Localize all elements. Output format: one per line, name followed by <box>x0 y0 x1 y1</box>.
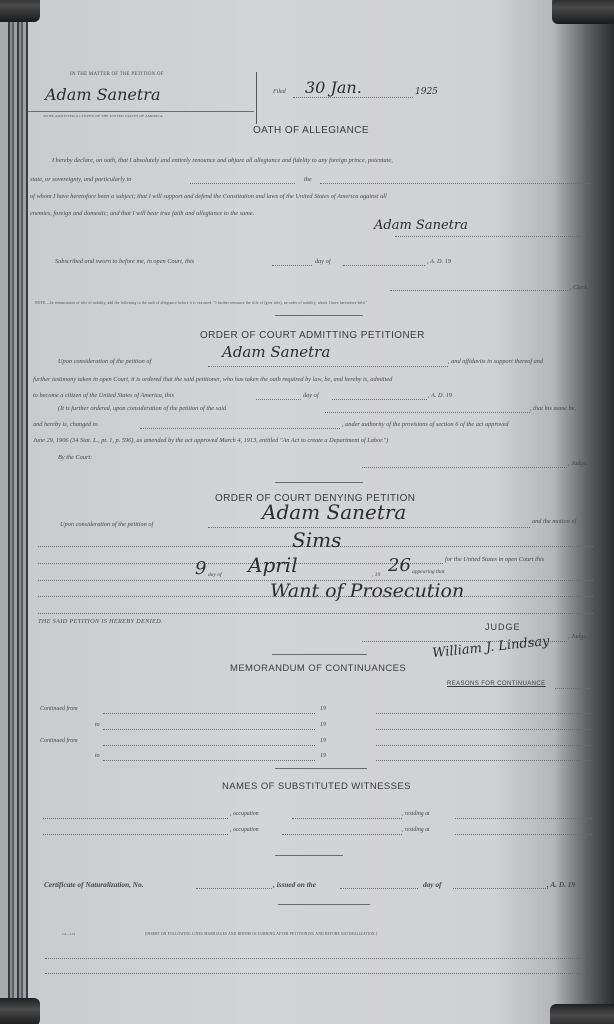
witnesses-title: NAMES OF SUBSTITUTED WITNESSES <box>222 781 411 792</box>
admitting-line-3b: day of <box>303 392 319 399</box>
residing-line <box>455 834 592 835</box>
oath-line-4: enemies, foreign and domestic; and that … <box>30 210 254 217</box>
continuance-date-line <box>103 729 315 730</box>
certificate-day-of: day of <box>423 880 441 889</box>
admitting-petitioner: Adam Sanetra <box>222 343 330 361</box>
certificate-month-line <box>453 888 548 889</box>
binder-clip-bottom-left <box>0 998 40 1024</box>
oath-signature-line <box>395 236 585 237</box>
subscribed-month-line <box>343 265 425 266</box>
matter-label: IN THE MATTER OF THE PETITION OF <box>70 72 164 77</box>
admitting-petitioner-line <box>208 366 448 367</box>
continuance-label: to <box>95 753 100 759</box>
marriage-birth-line-2 <box>45 973 585 974</box>
reasons-label: REASONS FOR CONTINUANCE <box>447 681 546 687</box>
oath-line-2b: the <box>304 176 312 183</box>
sovereign-line <box>190 183 295 184</box>
continuance-reason-line <box>376 745 591 746</box>
petitioner-line <box>28 111 254 112</box>
admitting-line-5b: , under authority of the provisions of s… <box>342 421 509 428</box>
occupation-line <box>282 834 402 835</box>
occupation-line <box>292 818 402 819</box>
filed-date-line <box>293 97 413 98</box>
new-name-line <box>140 428 340 429</box>
residing-line <box>455 818 592 819</box>
denial-reason: Want of Prosecution <box>270 580 464 602</box>
judge-stamp: JUDGE <box>485 622 521 632</box>
book-binding <box>8 0 28 1024</box>
nobility-note: NOTE.—In renunciation of title of nobili… <box>35 301 367 305</box>
country-line <box>320 183 590 184</box>
continuance-date-line <box>103 713 315 714</box>
section-rule-6 <box>278 904 370 905</box>
residing-label: , residing at <box>402 811 430 817</box>
oath-signature: Adam Sanetra <box>374 218 468 233</box>
admitting-day-line <box>256 399 301 400</box>
subscribed-day-line <box>272 265 312 266</box>
filed-date: 30 Jan. <box>305 78 362 97</box>
clerk-label: , Clerk. <box>570 284 589 291</box>
continuance-label: to <box>95 722 100 728</box>
binder-clip-top-left <box>0 0 40 22</box>
oath-line-2a: state, or sovereignty, and particularly … <box>30 176 131 183</box>
admitting-judge-label: , Judge. <box>568 460 588 467</box>
continuance-year: 19 <box>320 722 326 728</box>
denying-petitioner: Adam Sanetra <box>262 500 406 524</box>
residing-label: , residing at <box>402 827 430 833</box>
denial-month: April <box>248 553 298 577</box>
section-rule-2 <box>275 482 363 483</box>
denied-statement: THE SAID PETITION IS HEREBY DENIED. <box>38 618 163 625</box>
insert-note: [INSERT ON FOLLOWING LINES MARRIAGES AND… <box>145 932 377 936</box>
admitting-line-6: June 29, 1906 (34 Stat. L., pt. 1, p. 59… <box>33 437 388 444</box>
section-rule-3 <box>272 654 367 655</box>
continuance-date-line <box>103 760 315 761</box>
attorney-line <box>38 563 443 564</box>
occupation-label: , occupation <box>230 827 259 833</box>
form-number: 14—114 <box>62 932 75 936</box>
by-court-label: By the Court: <box>58 454 92 461</box>
continuance-reason-line <box>376 729 591 730</box>
denial-day: 9 <box>195 558 206 579</box>
admitting-line-4a: (It is further ordered, upon considerati… <box>58 405 226 412</box>
continuance-label: Continued from <box>40 738 78 744</box>
oath-line-1: I hereby declare, on oath, that I absolu… <box>52 157 393 164</box>
reasons-header-line <box>555 688 590 689</box>
continuance-year: 19 <box>320 753 326 759</box>
denying-petitioner-line <box>208 527 530 528</box>
subscribed-text: Subscribed and sworn to before me, in op… <box>55 258 194 265</box>
reason-line-2 <box>38 613 593 614</box>
reason-line-1 <box>38 596 593 597</box>
denial-year-prefix: , 19 <box>372 572 380 578</box>
admitted-label: TO BE ADMITTED A CITIZEN OF THE UNITED S… <box>43 114 164 118</box>
petitioner-name: Adam Sanetra <box>45 85 160 104</box>
certificate-day-line <box>340 888 418 889</box>
occupation-label: , occupation <box>230 811 259 817</box>
certificate-label: Certificate of Naturalization, No. <box>44 880 144 889</box>
oath-title: OATH OF ALLEGIANCE <box>253 125 369 136</box>
continuance-year: 19 <box>320 706 326 712</box>
denial-day-of: day of <box>208 572 222 578</box>
certificate-issued-label: , issued on the <box>273 880 316 889</box>
denying-line-2b: for the United States in open Court this <box>445 556 544 563</box>
admitting-line-3a: to become a citizen of the United States… <box>33 392 174 399</box>
continuance-date-line <box>103 745 315 746</box>
admitting-line-3c: , A. D. 19 <box>428 392 452 399</box>
witness-name-line <box>43 834 228 835</box>
us-attorney-name: Sims <box>292 528 341 552</box>
clerk-line <box>390 290 570 291</box>
witness-name-line <box>43 818 228 819</box>
certificate-ad: , A. D. 19 <box>547 880 575 889</box>
header-divider <box>256 72 257 124</box>
oath-line-3: of whom I have heretofore been a subject… <box>30 193 387 200</box>
denying-judge-label: , Judge. <box>568 633 588 640</box>
section-rule-1 <box>275 315 363 316</box>
marriage-birth-line-1 <box>45 958 585 959</box>
denial-year: 26 <box>388 555 411 576</box>
admitting-line-4b: , that his name be, <box>530 405 576 412</box>
certificate-number-line <box>196 888 272 889</box>
subscribed-ad: , A. D. 19 <box>427 258 451 265</box>
section-rule-4 <box>275 768 367 769</box>
admitting-title: ORDER OF COURT ADMITTING PETITIONER <box>200 330 425 341</box>
filed-year: 1925 <box>415 87 438 97</box>
continuance-label: Continued from <box>40 706 78 712</box>
continuance-reason-line <box>376 760 591 761</box>
section-rule-5 <box>275 855 343 856</box>
denying-line-1a: Upon consideration of the petition of <box>60 521 153 528</box>
former-name-line <box>325 412 530 413</box>
admitting-line-1b: , and affidavits in support thereof and <box>448 358 543 365</box>
admitting-line-5a: and hereby is, changed to <box>33 421 98 428</box>
admitting-line-2: further testimony taken in open Court, i… <box>33 376 392 383</box>
admitting-month-line <box>332 399 427 400</box>
filed-label: Filed <box>273 89 286 95</box>
binder-clip-bottom-right <box>550 1004 614 1024</box>
admitting-line-1a: Upon consideration of the petition of <box>58 358 151 365</box>
admitting-judge-line <box>362 467 567 468</box>
continuance-year: 19 <box>320 738 326 744</box>
subscribed-day-of: day of <box>315 258 331 265</box>
continuance-reason-line <box>376 713 591 714</box>
continuances-title: MEMORANDUM OF CONTINUANCES <box>230 663 406 674</box>
binder-clip-top-right <box>552 0 614 24</box>
denying-line-1b: and the motion of <box>532 518 576 525</box>
appearing-label: appearing that <box>412 569 445 575</box>
